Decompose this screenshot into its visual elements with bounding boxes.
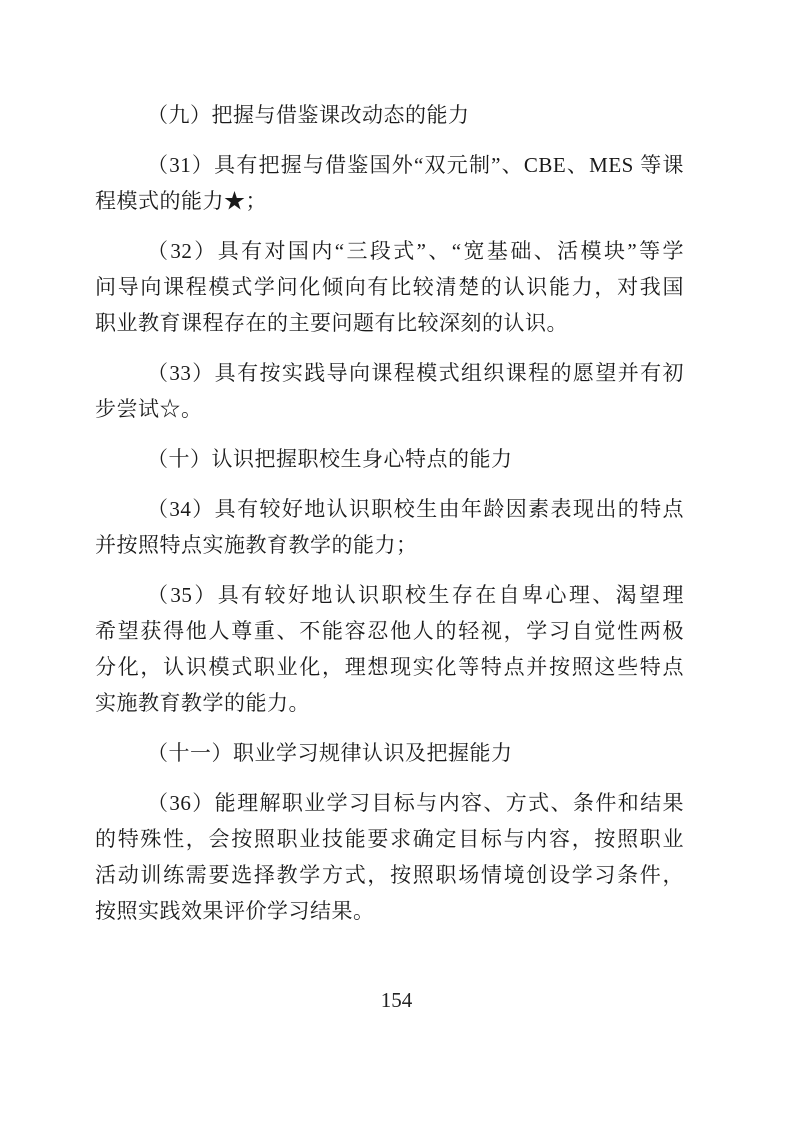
section-heading: （十一）职业学习规律认识及把握能力 <box>95 735 684 771</box>
page-number: 154 <box>0 986 793 1014</box>
text-line: 实施教育教学的能力。 <box>95 685 684 721</box>
text-line: 的特殊性，会按照职业技能要求确定目标与内容，按照职业 <box>95 821 684 857</box>
text-line: 希望获得他人尊重、不能容忍他人的轻视，学习自觉性两极 <box>95 613 684 649</box>
paragraph: （32）具有对国内“三段式”、“宽基础、活模块”等学问导向课程模式学问化倾向有比… <box>95 233 684 341</box>
text-line: （31）具有把握与借鉴国外“双元制”、CBE、MES 等课 <box>95 147 684 183</box>
paragraph: （31）具有把握与借鉴国外“双元制”、CBE、MES 等课程模式的能力★； <box>95 147 684 219</box>
section-heading: （十）认识把握职校生身心特点的能力 <box>95 441 684 477</box>
paragraph: （35）具有较好地认识职校生存在自卑心理、渴望理解、希望获得他人尊重、不能容忍他… <box>95 577 684 721</box>
text-line: （35）具有较好地认识职校生存在自卑心理、渴望理解、 <box>95 577 684 613</box>
text-line: 按照实践效果评价学习结果。 <box>95 893 684 929</box>
text-line: 活动训练需要选择教学方式，按照职场情境创设学习条件， <box>95 857 684 893</box>
paragraph: （33）具有按实践导向课程模式组织课程的愿望并有初步尝试☆。 <box>95 355 684 427</box>
text-line: （十一）职业学习规律认识及把握能力 <box>95 735 684 771</box>
paragraph: （36）能理解职业学习目标与内容、方式、条件和结果的特殊性，会按照职业技能要求确… <box>95 785 684 929</box>
document-body: （九）把握与借鉴课改动态的能力（31）具有把握与借鉴国外“双元制”、CBE、ME… <box>95 97 684 929</box>
text-line: （36）能理解职业学习目标与内容、方式、条件和结果 <box>95 785 684 821</box>
text-line: （九）把握与借鉴课改动态的能力 <box>95 97 684 133</box>
text-line: 并按照特点实施教育教学的能力； <box>95 527 684 563</box>
text-line: 问导向课程模式学问化倾向有比较清楚的认识能力，对我国 <box>95 269 684 305</box>
text-line: 分化，认识模式职业化，理想现实化等特点并按照这些特点 <box>95 649 684 685</box>
text-line: （34）具有较好地认识职校生由年龄因素表现出的特点 <box>95 491 684 527</box>
text-line: 职业教育课程存在的主要问题有比较深刻的认识。 <box>95 305 684 341</box>
text-line: 程模式的能力★； <box>95 183 684 219</box>
document-page: （九）把握与借鉴课改动态的能力（31）具有把握与借鉴国外“双元制”、CBE、ME… <box>0 0 793 1122</box>
text-line: 步尝试☆。 <box>95 391 684 427</box>
text-line: （32）具有对国内“三段式”、“宽基础、活模块”等学 <box>95 233 684 269</box>
text-line: （十）认识把握职校生身心特点的能力 <box>95 441 684 477</box>
section-heading: （九）把握与借鉴课改动态的能力 <box>95 97 684 133</box>
paragraph: （34）具有较好地认识职校生由年龄因素表现出的特点并按照特点实施教育教学的能力； <box>95 491 684 563</box>
text-line: （33）具有按实践导向课程模式组织课程的愿望并有初 <box>95 355 684 391</box>
